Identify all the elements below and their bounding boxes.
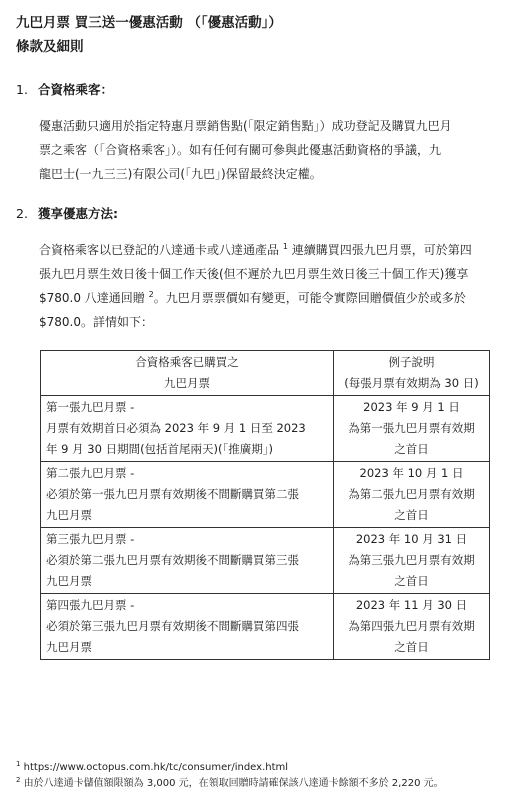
cell-line: 為第二張九巴月票有效期 [339, 484, 484, 505]
section-number: 2. [16, 204, 38, 224]
footnote-text: 由於八達通卡儲值額限額為 3,000 元，在領取回贈時請確保該八達通卡餘額不多於… [20, 778, 443, 789]
paragraph-line: 龍巴士(一九三三)有限公司(「九巴」)保留最終決定權。 [39, 162, 491, 186]
header-line: 合資格乘客已購買之 [46, 352, 328, 373]
ticket-schedule-table: 合資格乘客已購買之 九巴月票 例子說明 (每張月票有效期為 30 日) 第一張九… [40, 350, 490, 660]
text: 合資格乘客以已登記的八達通卡或八達通產品 [39, 243, 283, 257]
section-2-body: 合資格乘客以已登記的八達通卡或八達通產品 1 連續購買四張九巴月票，可於第四 張… [39, 238, 491, 334]
cell-ticket-requirement: 第四張九巴月票 - 必須於第三張九巴月票有效期後不間斷購買第四張 九巴月票 [41, 594, 334, 660]
document-title: 九巴月票 買三送一優惠活動 （「優惠活動」） [16, 12, 282, 34]
cell-ticket-requirement: 第二張九巴月票 - 必須於第一張九巴月票有效期後不間斷購買第二張 九巴月票 [41, 462, 334, 528]
cell-line: 月票有效期首日必須為 2023 年 9 月 1 日至 2023 [46, 418, 328, 439]
cell-line: 2023 年 11 月 30 日 [339, 595, 484, 616]
paragraph-line: 張九巴月票生效日後十個工作天後(但不遲於九巴月票生效日後三十個工作天)獲享 [39, 262, 491, 286]
section-heading-text: 獲享優惠方法: [38, 206, 118, 221]
footnote-link[interactable]: https://www.octopus.com.hk/tc/consumer/i… [20, 762, 288, 773]
cell-line: 必須於第一張九巴月票有效期後不間斷購買第二張 [46, 484, 328, 505]
cell-line: 之首日 [339, 571, 484, 592]
table-row: 第一張九巴月票 - 月票有效期首日必須為 2023 年 9 月 1 日至 202… [41, 396, 490, 462]
cell-line: 必須於第三張九巴月票有效期後不間斷購買第四張 [46, 616, 328, 637]
cell-example: 2023 年 10 月 1 日 為第二張九巴月票有效期 之首日 [334, 462, 490, 528]
cell-line: 九巴月票 [46, 637, 328, 658]
cell-line: 2023 年 9 月 1 日 [339, 397, 484, 418]
paragraph-line: $780.0 八達通回贈 2。九巴月票票價如有變更，可能令實際回贈價值少於或多於 [39, 286, 491, 310]
cell-line: 之首日 [339, 505, 484, 526]
table-header-row: 合資格乘客已購買之 九巴月票 例子說明 (每張月票有效期為 30 日) [41, 351, 490, 396]
cell-line: 為第一張九巴月票有效期 [339, 418, 484, 439]
section-1-body: 優惠活動只適用於指定特惠月票銷售點(「限定銷售點」）成功登記及購買九巴月 票之乘… [39, 114, 491, 186]
cell-ticket-requirement: 第三張九巴月票 - 必須於第二張九巴月票有效期後不間斷購買第三張 九巴月票 [41, 528, 334, 594]
cell-line: 第一張九巴月票 - [46, 397, 328, 418]
paragraph-line: $780.0。詳情如下： [39, 310, 491, 334]
header-line: 例子說明 [339, 352, 484, 373]
section-2-heading: 2.獲享優惠方法: [16, 204, 118, 224]
text: $780.0 八達通回贈 [39, 291, 149, 305]
footnote-2: 2 由於八達通卡儲值額限額為 3,000 元，在領取回贈時請確保該八達通卡餘額不… [16, 776, 444, 792]
cell-line: 為第三張九巴月票有效期 [339, 550, 484, 571]
header-cell-example: 例子說明 (每張月票有效期為 30 日) [334, 351, 490, 396]
header-line: (每張月票有效期為 30 日) [339, 373, 484, 394]
cell-example: 2023 年 11 月 30 日 為第四張九巴月票有效期 之首日 [334, 594, 490, 660]
cell-example: 2023 年 9 月 1 日 為第一張九巴月票有效期 之首日 [334, 396, 490, 462]
text: 連續購買四張九巴月票，可於第四 [288, 243, 472, 257]
paragraph-line: 票之乘客（「合資格乘客」）。如有任何有關可參與此優惠活動資格的爭議，九 [39, 138, 491, 162]
cell-line: 第三張九巴月票 - [46, 529, 328, 550]
paragraph-line: 優惠活動只適用於指定特惠月票銷售點(「限定銷售點」）成功登記及購買九巴月 [39, 114, 491, 138]
cell-example: 2023 年 10 月 31 日 為第三張九巴月票有效期 之首日 [334, 528, 490, 594]
cell-line: 第四張九巴月票 - [46, 595, 328, 616]
document-subtitle: 條款及細則 [16, 36, 84, 58]
table-row: 第四張九巴月票 - 必須於第三張九巴月票有效期後不間斷購買第四張 九巴月票 20… [41, 594, 490, 660]
cell-line: 九巴月票 [46, 571, 328, 592]
cell-ticket-requirement: 第一張九巴月票 - 月票有效期首日必須為 2023 年 9 月 1 日至 202… [41, 396, 334, 462]
section-number: 1. [16, 80, 38, 100]
cell-line: 必須於第二張九巴月票有效期後不間斷購買第三張 [46, 550, 328, 571]
cell-line: 第二張九巴月票 - [46, 463, 328, 484]
cell-line: 為第四張九巴月票有效期 [339, 616, 484, 637]
paragraph-line: 合資格乘客以已登記的八達通卡或八達通產品 1 連續購買四張九巴月票，可於第四 [39, 238, 491, 262]
footnote-1: 1 https://www.octopus.com.hk/tc/consumer… [16, 760, 288, 776]
cell-line: 年 9 月 30 日期間(包括首尾兩天)(「推廣期」) [46, 439, 328, 460]
cell-line: 九巴月票 [46, 505, 328, 526]
cell-line: 2023 年 10 月 1 日 [339, 463, 484, 484]
header-cell-purchased-ticket: 合資格乘客已購買之 九巴月票 [41, 351, 334, 396]
section-1-heading: 1.合資格乘客： [16, 80, 113, 100]
table-row: 第二張九巴月票 - 必須於第一張九巴月票有效期後不間斷購買第二張 九巴月票 20… [41, 462, 490, 528]
cell-line: 之首日 [339, 637, 484, 658]
text: 。九巴月票票價如有變更，可能令實際回贈價值少於或多於 [154, 291, 466, 305]
section-heading-text: 合資格乘客： [38, 82, 113, 97]
cell-line: 之首日 [339, 439, 484, 460]
cell-line: 2023 年 10 月 31 日 [339, 529, 484, 550]
header-line: 九巴月票 [46, 373, 328, 394]
table-row: 第三張九巴月票 - 必須於第二張九巴月票有效期後不間斷購買第三張 九巴月票 20… [41, 528, 490, 594]
